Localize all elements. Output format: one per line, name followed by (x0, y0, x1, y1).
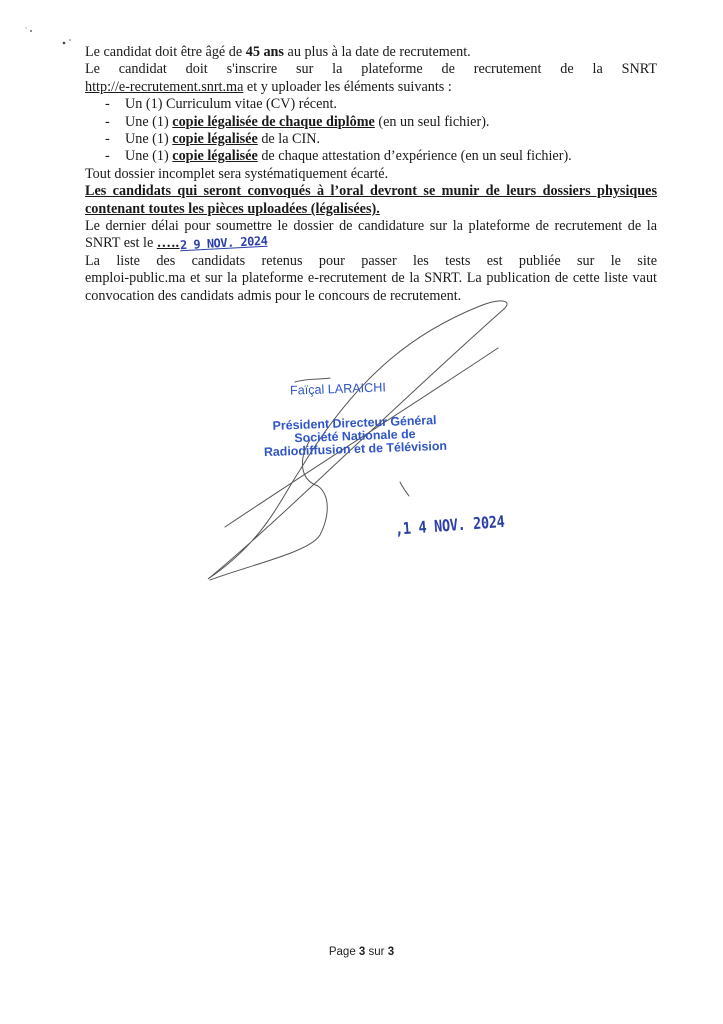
document-body: Le candidat doit être âgé de 45 ans au p… (85, 44, 657, 305)
oral-notice-line2: contenant toutes les pièces uploadées (l… (85, 201, 657, 218)
publication-line1: La liste des candidats retenus pour pass… (85, 253, 657, 270)
page-number: Page 3 sur 3 (0, 946, 723, 958)
oral-notice-line1: Les candidats qui seront convoqués à l’o… (85, 183, 657, 200)
list-item: Une (1) copie légalisée de chaque diplôm… (105, 114, 657, 131)
recruitment-link[interactable]: http://e-recrutement.snrt.ma (85, 79, 243, 95)
list-item: Une (1) copie légalisée de la CIN. (105, 131, 657, 148)
document-page: Le candidat doit être âgé de 45 ans au p… (0, 0, 723, 1024)
age-limit: 45 ans (246, 44, 284, 60)
deadline-line2: SNRT est le …..2 9 NOV. 2024 (85, 235, 657, 252)
incomplete-notice: Tout dossier incomplet sera systématique… (85, 166, 657, 183)
list-item: Une (1) copie légalisée de chaque attest… (105, 148, 657, 165)
age-requirement: Le candidat doit être âgé de 45 ans au p… (85, 44, 657, 61)
signature-block: Faïçal LARAICHI Président Directeur Géné… (190, 290, 530, 590)
deadline-line1: Le dernier délai pour soumettre le dossi… (85, 218, 657, 235)
list-item: Un (1) Curriculum vitae (CV) récent. (105, 96, 657, 113)
deadline-date-stamp: 2 9 NOV. 2024 (179, 233, 267, 255)
register-instruction-line2: http://e-recrutement.snrt.ma et y upload… (85, 79, 657, 96)
publication-line2: emploi-public.ma et sur la plateforme e-… (85, 270, 657, 287)
signatory-title: Président Directeur Général Société Nati… (259, 414, 450, 460)
required-documents-list: Un (1) Curriculum vitae (CV) récent. Une… (85, 96, 657, 166)
register-instruction-line1: Le candidat doit s'inscrire sur la plate… (85, 61, 657, 78)
